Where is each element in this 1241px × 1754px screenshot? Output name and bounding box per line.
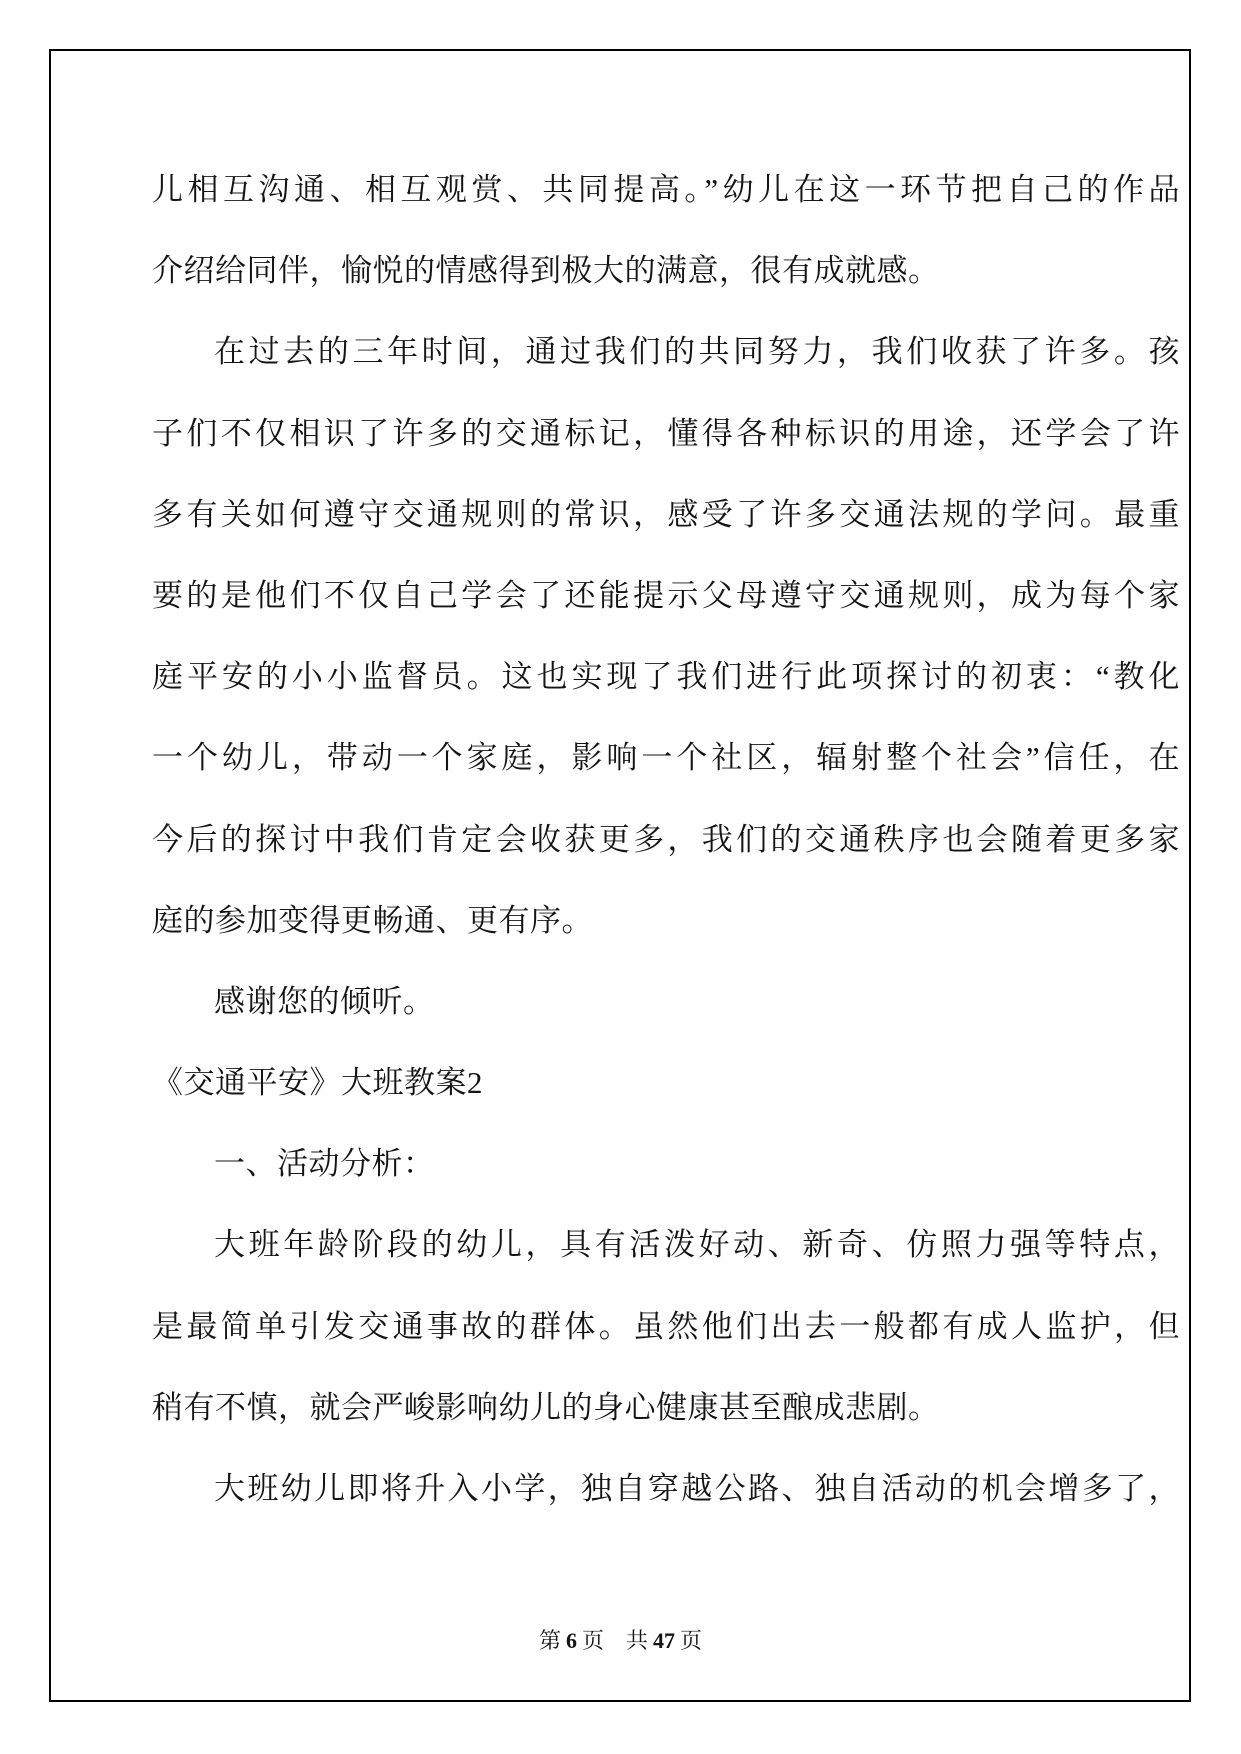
document-line: 大班年龄阶段的幼儿，具有活泼好动、新奇、仿照力强等特点，: [152, 1204, 1180, 1285]
total-pages-number: 47: [653, 1628, 675, 1653]
page-footer: 第6页共47页: [0, 1626, 1241, 1656]
document-line: 介绍给同伴，愉悦的情感得到极大的满意，很有成就感。: [152, 230, 1180, 311]
document-line: 大班幼儿即将升入小学，独自穿越公路、独自活动的机会增多了，: [152, 1448, 1180, 1529]
document-line: 要的是他们不仅自己学会了还能提示父母遵守交通规则，成为每个家: [152, 555, 1180, 636]
page-number: 6: [566, 1628, 577, 1653]
page-number-prefix: 第: [539, 1628, 561, 1653]
page-number-unit: 页: [582, 1628, 604, 1653]
document-line: 今后的探讨中我们肯定会收获更多，我们的交通秩序也会随着更多家: [152, 799, 1180, 880]
document-line: 在过去的三年时间，通过我们的共同努力，我们收获了许多。孩: [152, 311, 1180, 392]
document-line: 多有关如何遵守交通规则的常识，感受了许多交通法规的学问。最重: [152, 474, 1180, 555]
document-line: 感谢您的倾听。: [152, 961, 1180, 1042]
document-line: 一个幼儿，带动一个家庭，影响一个社区，辐射整个社会”信任，在: [152, 717, 1180, 798]
document-line: 庭平安的小小监督员。这也实现了我们进行此项探讨的初衷：“教化: [152, 636, 1180, 717]
document-line: 庭的参加变得更畅通、更有序。: [152, 880, 1180, 961]
total-pages-unit: 页: [680, 1628, 702, 1653]
document-line: 子们不仅相识了许多的交通标记，懂得各种标识的用途，还学会了许: [152, 393, 1180, 474]
document-line: 稍有不慎，就会严峻影响幼儿的身心健康甚至酿成悲剧。: [152, 1367, 1180, 1448]
section-subheading: 一、活动分析：: [152, 1123, 1180, 1204]
document-line: 是最简单引发交通事故的群体。虽然他们出去一般都有成人监护，但: [152, 1286, 1180, 1367]
total-pages-prefix: 共: [626, 1628, 648, 1653]
document-line: 儿相互沟通、相互观赏、共同提高。”幼儿在这一环节把自己的作品: [152, 149, 1180, 230]
section-heading: 《交通平安》大班教案2: [152, 1042, 1180, 1123]
document-body: 儿相互沟通、相互观赏、共同提高。”幼儿在这一环节把自己的作品 介绍给同伴，愉悦的…: [152, 149, 1180, 1529]
